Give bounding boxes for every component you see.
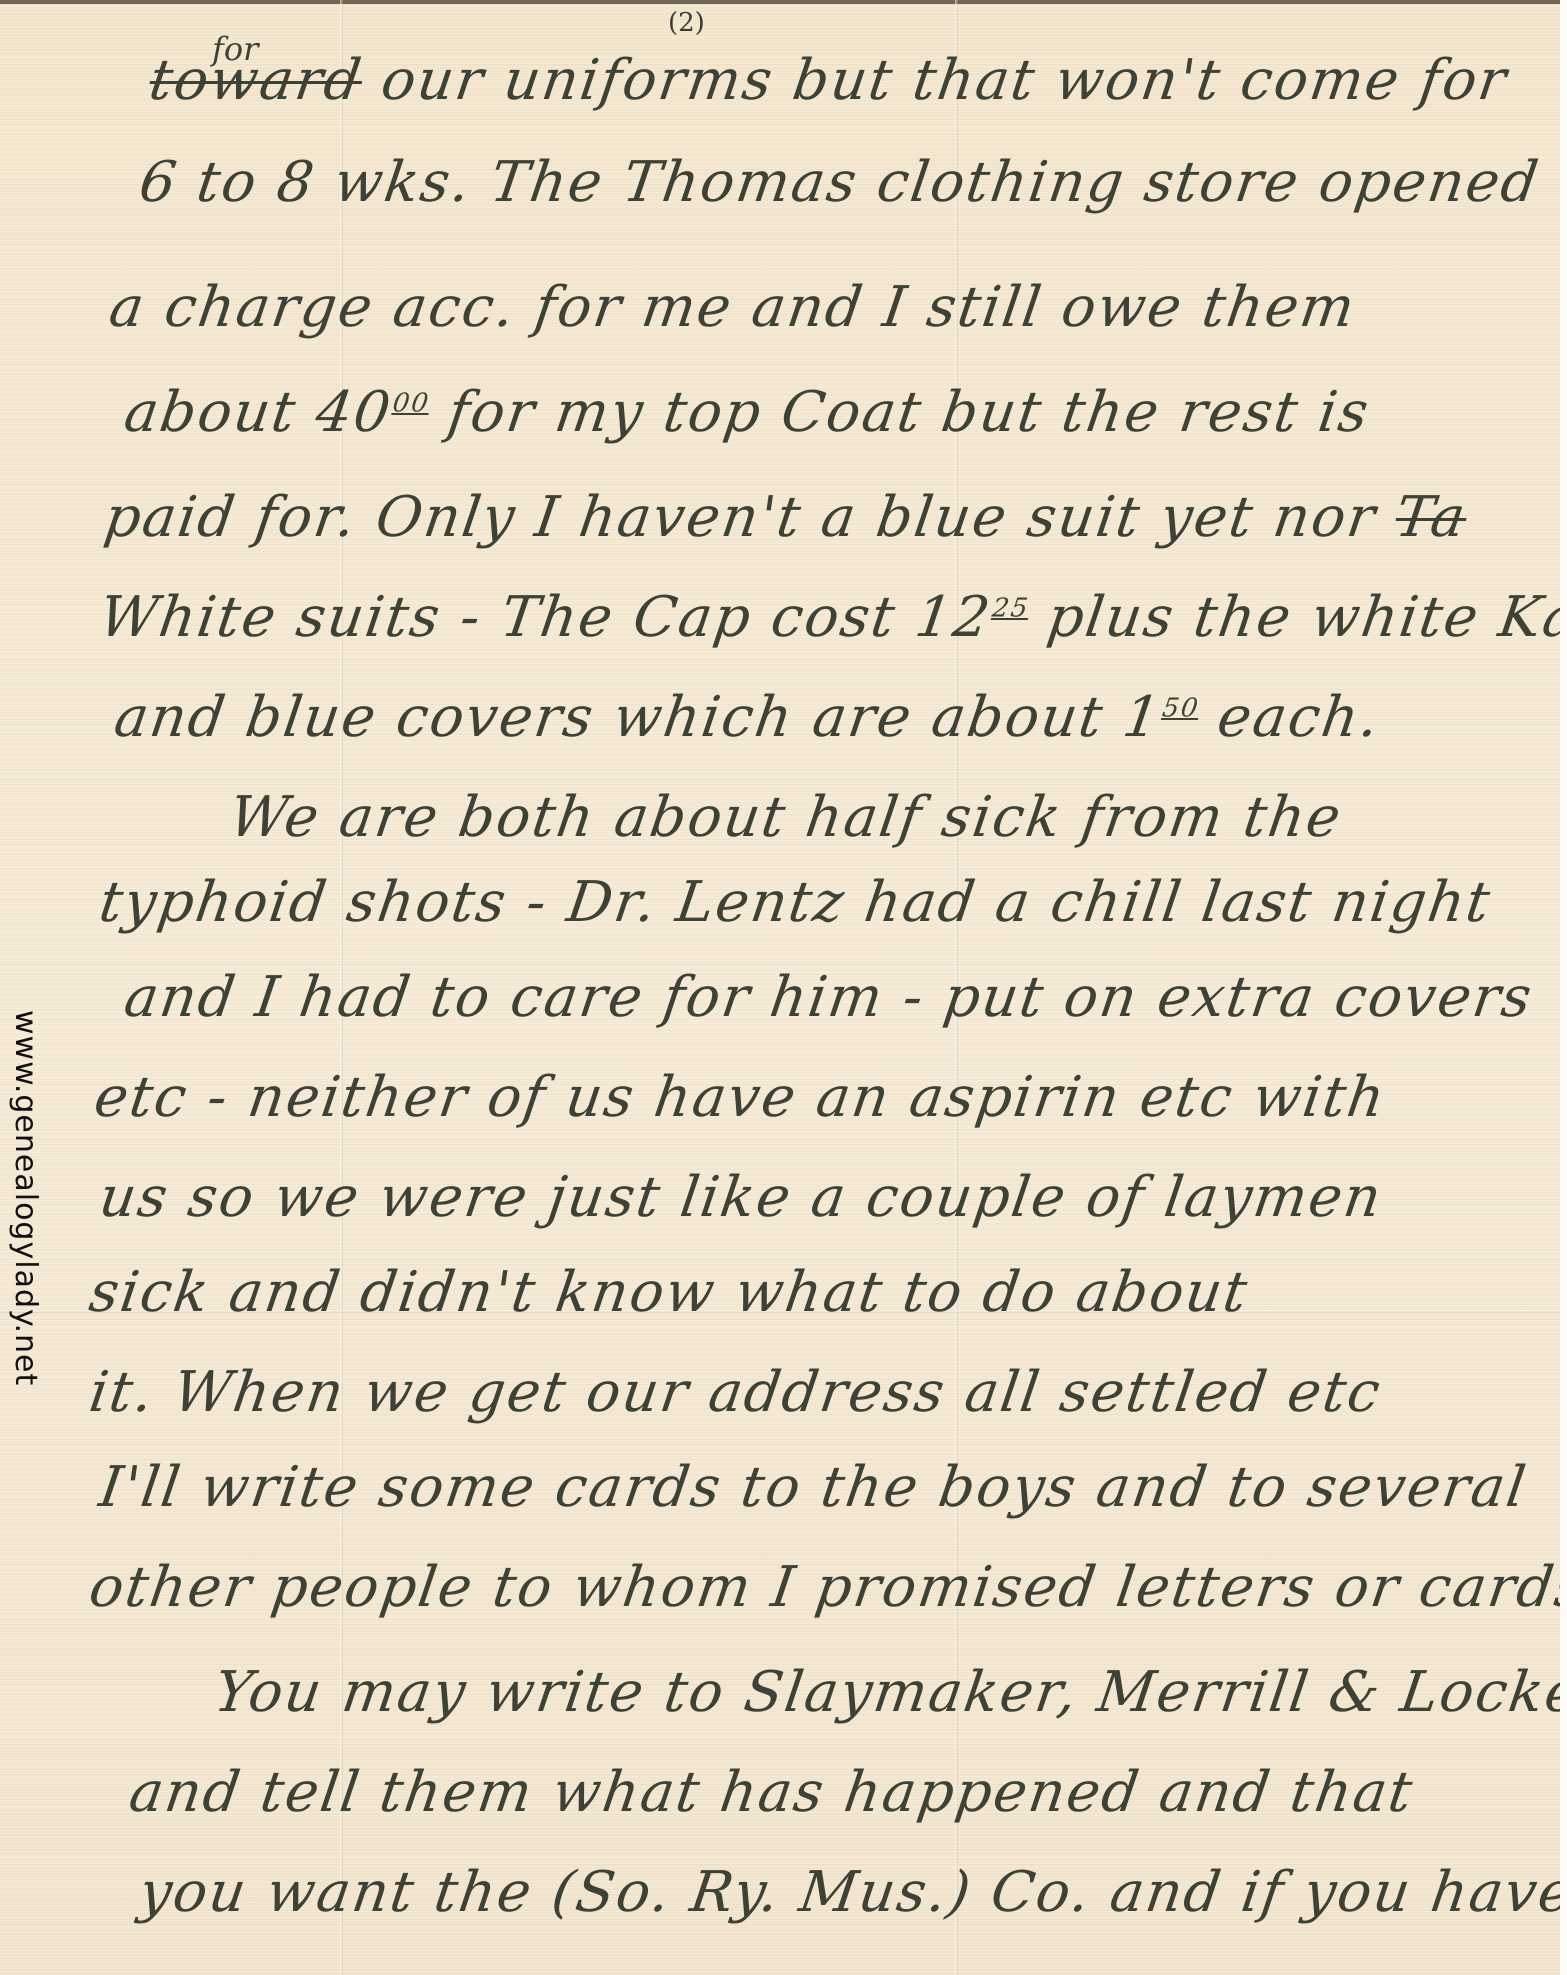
watermark-url: www.genealogylady.net — [8, 1010, 43, 1386]
letter-line-4: about 4000 for my top Coat but the rest … — [120, 380, 1374, 445]
letter-line-3: a charge acc. for me and I still owe the… — [105, 275, 1360, 340]
letter-line-18: and tell them what has happened and that — [125, 1760, 1418, 1825]
letter-line-1: toward our uniforms but that won't come … — [145, 48, 1512, 113]
letter-line-12: us so we were just like a couple of laym… — [95, 1165, 1386, 1230]
page-number: (2) — [668, 8, 705, 38]
letter-line-17: You may write to Slaymaker, Merrill & Lo… — [210, 1660, 1560, 1725]
letter-page: (2) for toward our uniforms but that won… — [0, 0, 1560, 1975]
letter-line-19: you want the (So. Ry. Mus.) Co. and if y… — [135, 1860, 1560, 1925]
amount-cents: 25 — [990, 593, 1031, 623]
letter-line-16: other people to whom I promised letters … — [85, 1555, 1560, 1620]
letter-line-11: etc - neither of us have an aspirin etc … — [90, 1065, 1390, 1130]
letter-line-14: it. When we get our address all settled … — [85, 1360, 1385, 1425]
scan-right-margin — [1560, 0, 1567, 1975]
letter-line-9: typhoid shots - Dr. Lentz had a chill la… — [95, 870, 1495, 935]
letter-line-5: paid for. Only I haven't a blue suit yet… — [100, 485, 1471, 550]
scan-top-edge — [0, 0, 1560, 4]
letter-line-13: sick and didn't know what to do about — [85, 1260, 1252, 1325]
letter-line-6: White suits - The Cap cost 1225 plus the… — [95, 585, 1560, 650]
letter-line-10: and I had to care for him - put on extra… — [120, 965, 1537, 1030]
struck-word: toward — [145, 48, 366, 113]
letter-line-8: We are both about half sick from the — [225, 785, 1346, 850]
amount-cents: 00 — [391, 388, 432, 418]
letter-line-7: and blue covers which are about 150 each… — [110, 685, 1384, 750]
amount-cents: 50 — [1160, 693, 1201, 723]
letter-line-15: I'll write some cards to the boys and to… — [95, 1455, 1531, 1520]
struck-word: Ta — [1392, 485, 1472, 550]
letter-line-2: 6 to 8 wks. The Thomas clothing store op… — [135, 150, 1543, 215]
